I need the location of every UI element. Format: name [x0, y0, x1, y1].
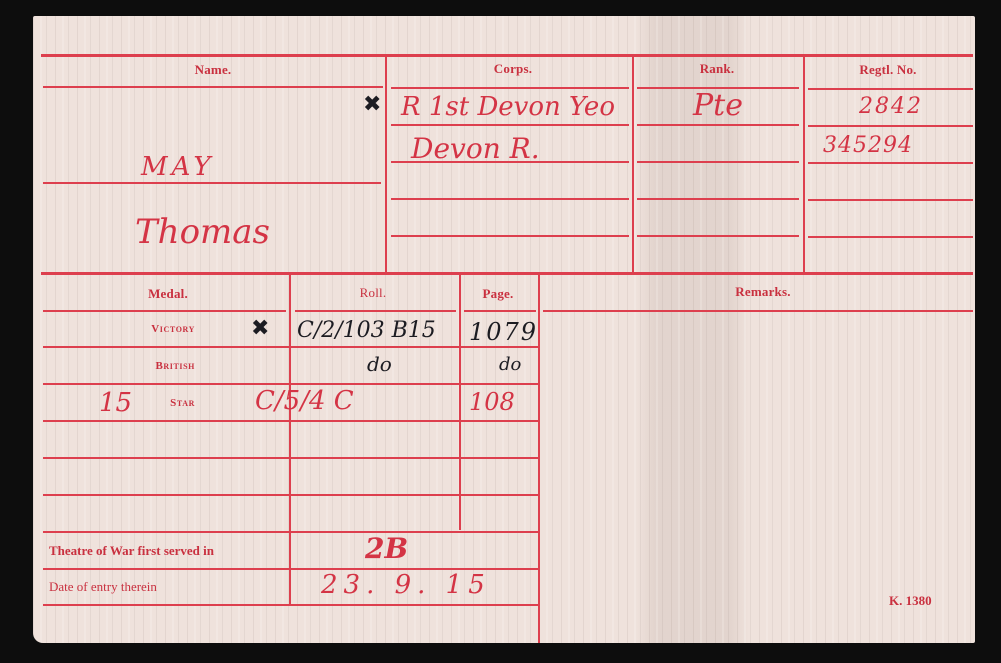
roll-header-rule [295, 310, 456, 312]
regtl-no-header: Regtl. No. [828, 62, 948, 78]
corps-header: Corps. [453, 61, 573, 77]
name-header-rule [43, 86, 383, 88]
regtl-header-rule [808, 88, 973, 90]
regtl-row-rule [808, 162, 973, 164]
medal-row-rule [43, 531, 538, 533]
corps-line-2: Devon R. [411, 132, 540, 165]
medal-row-rule [43, 420, 538, 422]
star-roll-text: C/5/4 C [255, 386, 354, 416]
victory-cross-mark-icon: ✖ [251, 316, 269, 341]
star-page-text: 108 [469, 388, 515, 416]
rank-row-rule [637, 161, 799, 163]
theatre-value: 2B [365, 532, 408, 565]
rank-header: Rank. [657, 61, 777, 77]
corps-row-rule [391, 198, 629, 200]
medal-row-rule [43, 346, 538, 348]
rank-text: Pte [693, 88, 743, 123]
corps-row-rule [391, 235, 629, 237]
remarks-header-rule [543, 310, 973, 312]
rank-row-rule [637, 235, 799, 237]
regtl-row-rule [808, 236, 973, 238]
top-rule [41, 54, 973, 57]
regtl-row-rule [808, 199, 973, 201]
corps-row-rule [391, 124, 629, 126]
regtl-row-rule [808, 125, 973, 127]
corps-column-divider [385, 56, 387, 273]
roll-header: Roll. [318, 285, 428, 301]
medal-row-rule [43, 494, 538, 496]
regtl-no-2: 345294 [823, 133, 913, 158]
page-header: Page. [463, 286, 533, 302]
remarks-column-divider [538, 275, 540, 643]
medal-british-label: British [93, 360, 195, 372]
medal-index-card: Name. Corps. Rank. Regtl. No. MAY Thomas… [33, 16, 975, 643]
medal-header: Medal. [113, 286, 223, 302]
medal-row-rule [43, 383, 538, 385]
regtl-no-1: 2842 [859, 94, 923, 119]
name-header: Name. [153, 62, 273, 78]
page-header-rule [464, 310, 536, 312]
british-roll-text: do [367, 352, 392, 376]
form-number: K. 1380 [889, 593, 932, 609]
section-separator-rule [41, 272, 973, 275]
name-row-rule [43, 182, 381, 184]
medal-victory-label: Victory [93, 323, 195, 335]
cross-mark-icon: ✖ [363, 92, 381, 117]
surname-text: MAY [141, 152, 215, 182]
victory-page-text: 1079 [469, 318, 538, 346]
victory-roll-text: C/2/103 B15 [297, 318, 436, 343]
rank-row-rule [637, 198, 799, 200]
corps-header-rule [391, 87, 629, 89]
medal-row-rule [43, 457, 538, 459]
date-of-entry-label: Date of entry therein [49, 579, 157, 595]
forename-text: Thomas [135, 212, 270, 252]
remarks-header: Remarks. [693, 284, 833, 300]
regtl-column-divider [803, 56, 805, 273]
page-column-divider [459, 275, 461, 530]
theatre-label: Theatre of War first served in [49, 543, 214, 559]
medal-header-rule [43, 310, 286, 312]
rank-row-rule [637, 124, 799, 126]
date-of-entry-value: 23. 9. 15 [321, 570, 491, 600]
rank-column-divider [632, 56, 634, 273]
roll-column-divider [289, 275, 291, 605]
british-page-text: do [499, 354, 521, 375]
star-prefix-text: 15 [99, 388, 132, 418]
corps-line-1: R 1st Devon Yeo [401, 92, 615, 122]
date-row-rule [43, 604, 538, 606]
